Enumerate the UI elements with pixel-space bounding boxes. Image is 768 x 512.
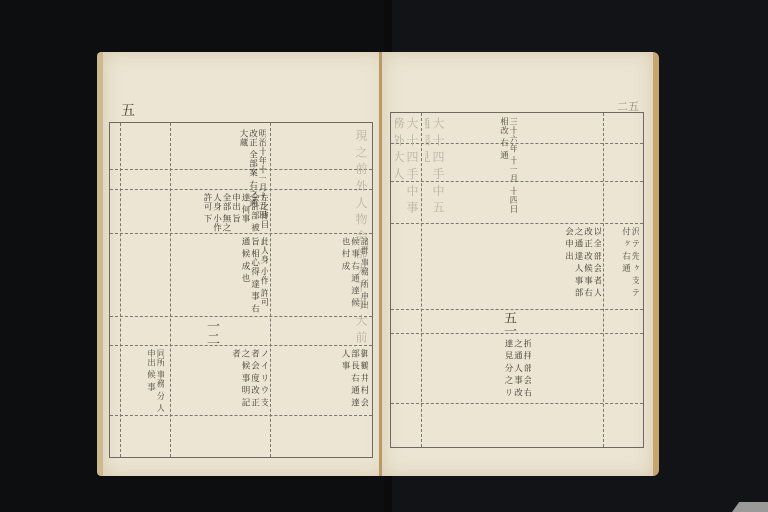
table-rule <box>270 123 271 457</box>
open-book: 五 現 之 前 外 人 物 会 部 大 下 事 大 前 明治十年十一月十五日 改… <box>97 52 659 476</box>
text-block: 沢 テ 先 ヶ 支 テ 付 ヶ 右 通 <box>607 227 639 307</box>
table-rule <box>120 123 121 457</box>
text-block: 此人身 小作 許可 旨 相心得 達 事 右 通 候 成 也 <box>124 237 268 315</box>
left-page: 五 現 之 前 外 人 物 会 部 大 下 事 大 前 明治十年十一月十五日 改… <box>97 52 386 476</box>
right-page: 二五 大 十 四 手 中 事 務 外 大 人 大 十 四 手 中 五 通 国 見… <box>382 52 659 476</box>
text-block: 左之條目 会計部 被達 何事 申出 旨 全部 無之 人身 小作 許可 下 <box>124 193 268 235</box>
text-block: 同所 事務 分 人 申出 候 事 <box>124 349 164 413</box>
table-rule <box>391 403 643 404</box>
table-rule <box>391 223 643 224</box>
bleed-through-text: 大 十 四 手 中 事 務 外 大 人 <box>395 117 419 221</box>
right-page-table: 大 十 四 手 中 事 務 外 大 人 大 十 四 手 中 五 通 国 見 三十… <box>390 112 644 448</box>
table-rule <box>603 113 604 447</box>
left-page-table: 現 之 前 外 人 物 会 部 大 下 事 大 前 明治十年十一月十五日 改正 … <box>109 122 373 458</box>
table-rule <box>391 309 643 310</box>
left-page-number: 五 <box>121 100 135 120</box>
section-label: 一二 <box>202 319 221 345</box>
bleed-through-text: 大 十 四 手 中 五 通 国 見 <box>425 117 445 221</box>
text-block: 三十六年 十一月 十四日 相改 右 通 <box>477 117 517 221</box>
text-block: ノ イ リ ウ 支 者 会 度 改 正 之 候 事 明 記 者 <box>174 349 268 413</box>
section-label: 五一 <box>499 311 518 337</box>
text-block: 折 拝 部 会 右 之 通 人 事 改 達 見 分 之 リ <box>483 339 531 401</box>
text-block: 諸郡 事務 所 申出 候 事 右 通 達 候 也 村 成 <box>276 237 368 315</box>
text-block: 御 鶴 井 村 会 部 長 右 通 達 人 事 <box>276 349 368 413</box>
text-block: 以 全 部 会 者 人 改 正 改 候 事 右 之 通 達 人 事 部 会 申 … <box>395 227 601 307</box>
